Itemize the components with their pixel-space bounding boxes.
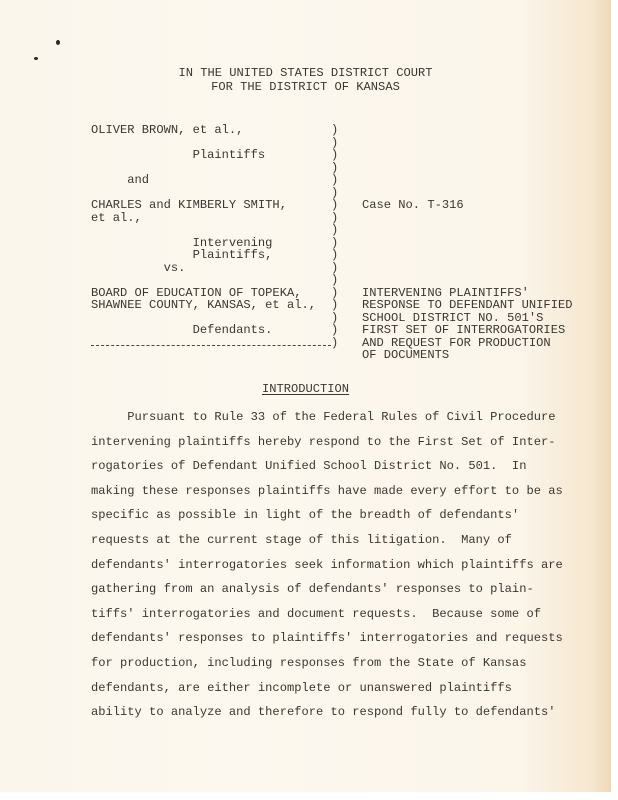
caption-line: SHAWNEE COUNTY, KANSAS, et al., [91,299,316,312]
punch-mark [56,40,60,45]
body-line: for production, including responses from… [91,651,563,676]
introduction-heading: INTRODUCTION [0,383,611,396]
document-title-line: FIRST SET OF INTERROGATORIES [362,324,572,337]
caption-line: CHARLES and KIMBERLY SMITH, [91,199,316,212]
document-title-line: RESPONSE TO DEFENDANT UNIFIED [362,299,572,312]
case-number: Case No. T-316 [362,199,572,212]
introduction-body: Pursuant to Rule 33 of the Federal Rules… [91,405,563,725]
caption-line: vs. [91,262,316,275]
caption-line [91,224,316,237]
court-line-2: FOR THE DISTRICT OF KANSAS [0,81,611,95]
body-line: making these responses plaintiffs have m… [91,479,563,504]
caption-line: OLIVER BROWN, et al., [91,124,316,137]
caption-paren: ) [331,124,338,137]
punch-mark [34,57,38,60]
body-line: rogatories of Defendant Unified School D… [91,454,563,479]
body-line: defendants, are either incomplete or una… [91,676,563,701]
court-line-1: IN THE UNITED STATES DISTRICT COURT [0,67,611,81]
caption-parentheses-column: )))))))))))))))))) [331,124,338,349]
scanned-page: IN THE UNITED STATES DISTRICT COURTFOR T… [0,0,611,792]
introduction-heading-text: INTRODUCTION [262,382,349,396]
case-caption-parties: OLIVER BROWN, et al., Plaintiffs and CHA… [91,124,316,337]
caption-line: Plaintiffs [91,149,316,162]
body-line: defendants' responses to plaintiffs' int… [91,626,563,651]
caption-line: et al., [91,212,316,225]
caption-paren: ) [331,199,338,212]
caption-line: Defendants. [91,324,316,337]
court-heading: IN THE UNITED STATES DISTRICT COURTFOR T… [0,67,611,94]
caption-line: Plaintiffs, [91,249,316,262]
body-line: requests at the current stage of this li… [91,528,563,553]
body-line: tiffs' interrogatories and document requ… [91,602,563,627]
body-line: ability to analyze and therefore to resp… [91,700,563,725]
caption-paren: ) [331,224,338,237]
body-line: intervening plaintiffs hereby respond to… [91,430,563,455]
caption-paren: ) [331,249,338,262]
caption-paren: ) [331,174,338,187]
caption-paren: ) [331,337,338,350]
document-title-line: OF DOCUMENTS [362,349,572,362]
caption-paren: ) [331,324,338,337]
document-title: INTERVENING PLAINTIFFS'RESPONSE TO DEFEN… [362,287,572,362]
caption-paren: ) [331,274,338,287]
caption-line: and [91,174,316,187]
body-line: gathering from an analysis of defendants… [91,577,563,602]
caption-rule [91,345,331,346]
caption-paren: ) [331,149,338,162]
body-line: Pursuant to Rule 33 of the Federal Rules… [91,405,563,430]
body-line: specific as possible in light of the bre… [91,503,563,528]
case-caption-right: Case No. T-316 INTERVENING PLAINTIFFS'RE… [362,174,572,387]
caption-line [91,274,316,287]
body-line: defendants' interrogatories seek informa… [91,553,563,578]
caption-paren: ) [331,299,338,312]
